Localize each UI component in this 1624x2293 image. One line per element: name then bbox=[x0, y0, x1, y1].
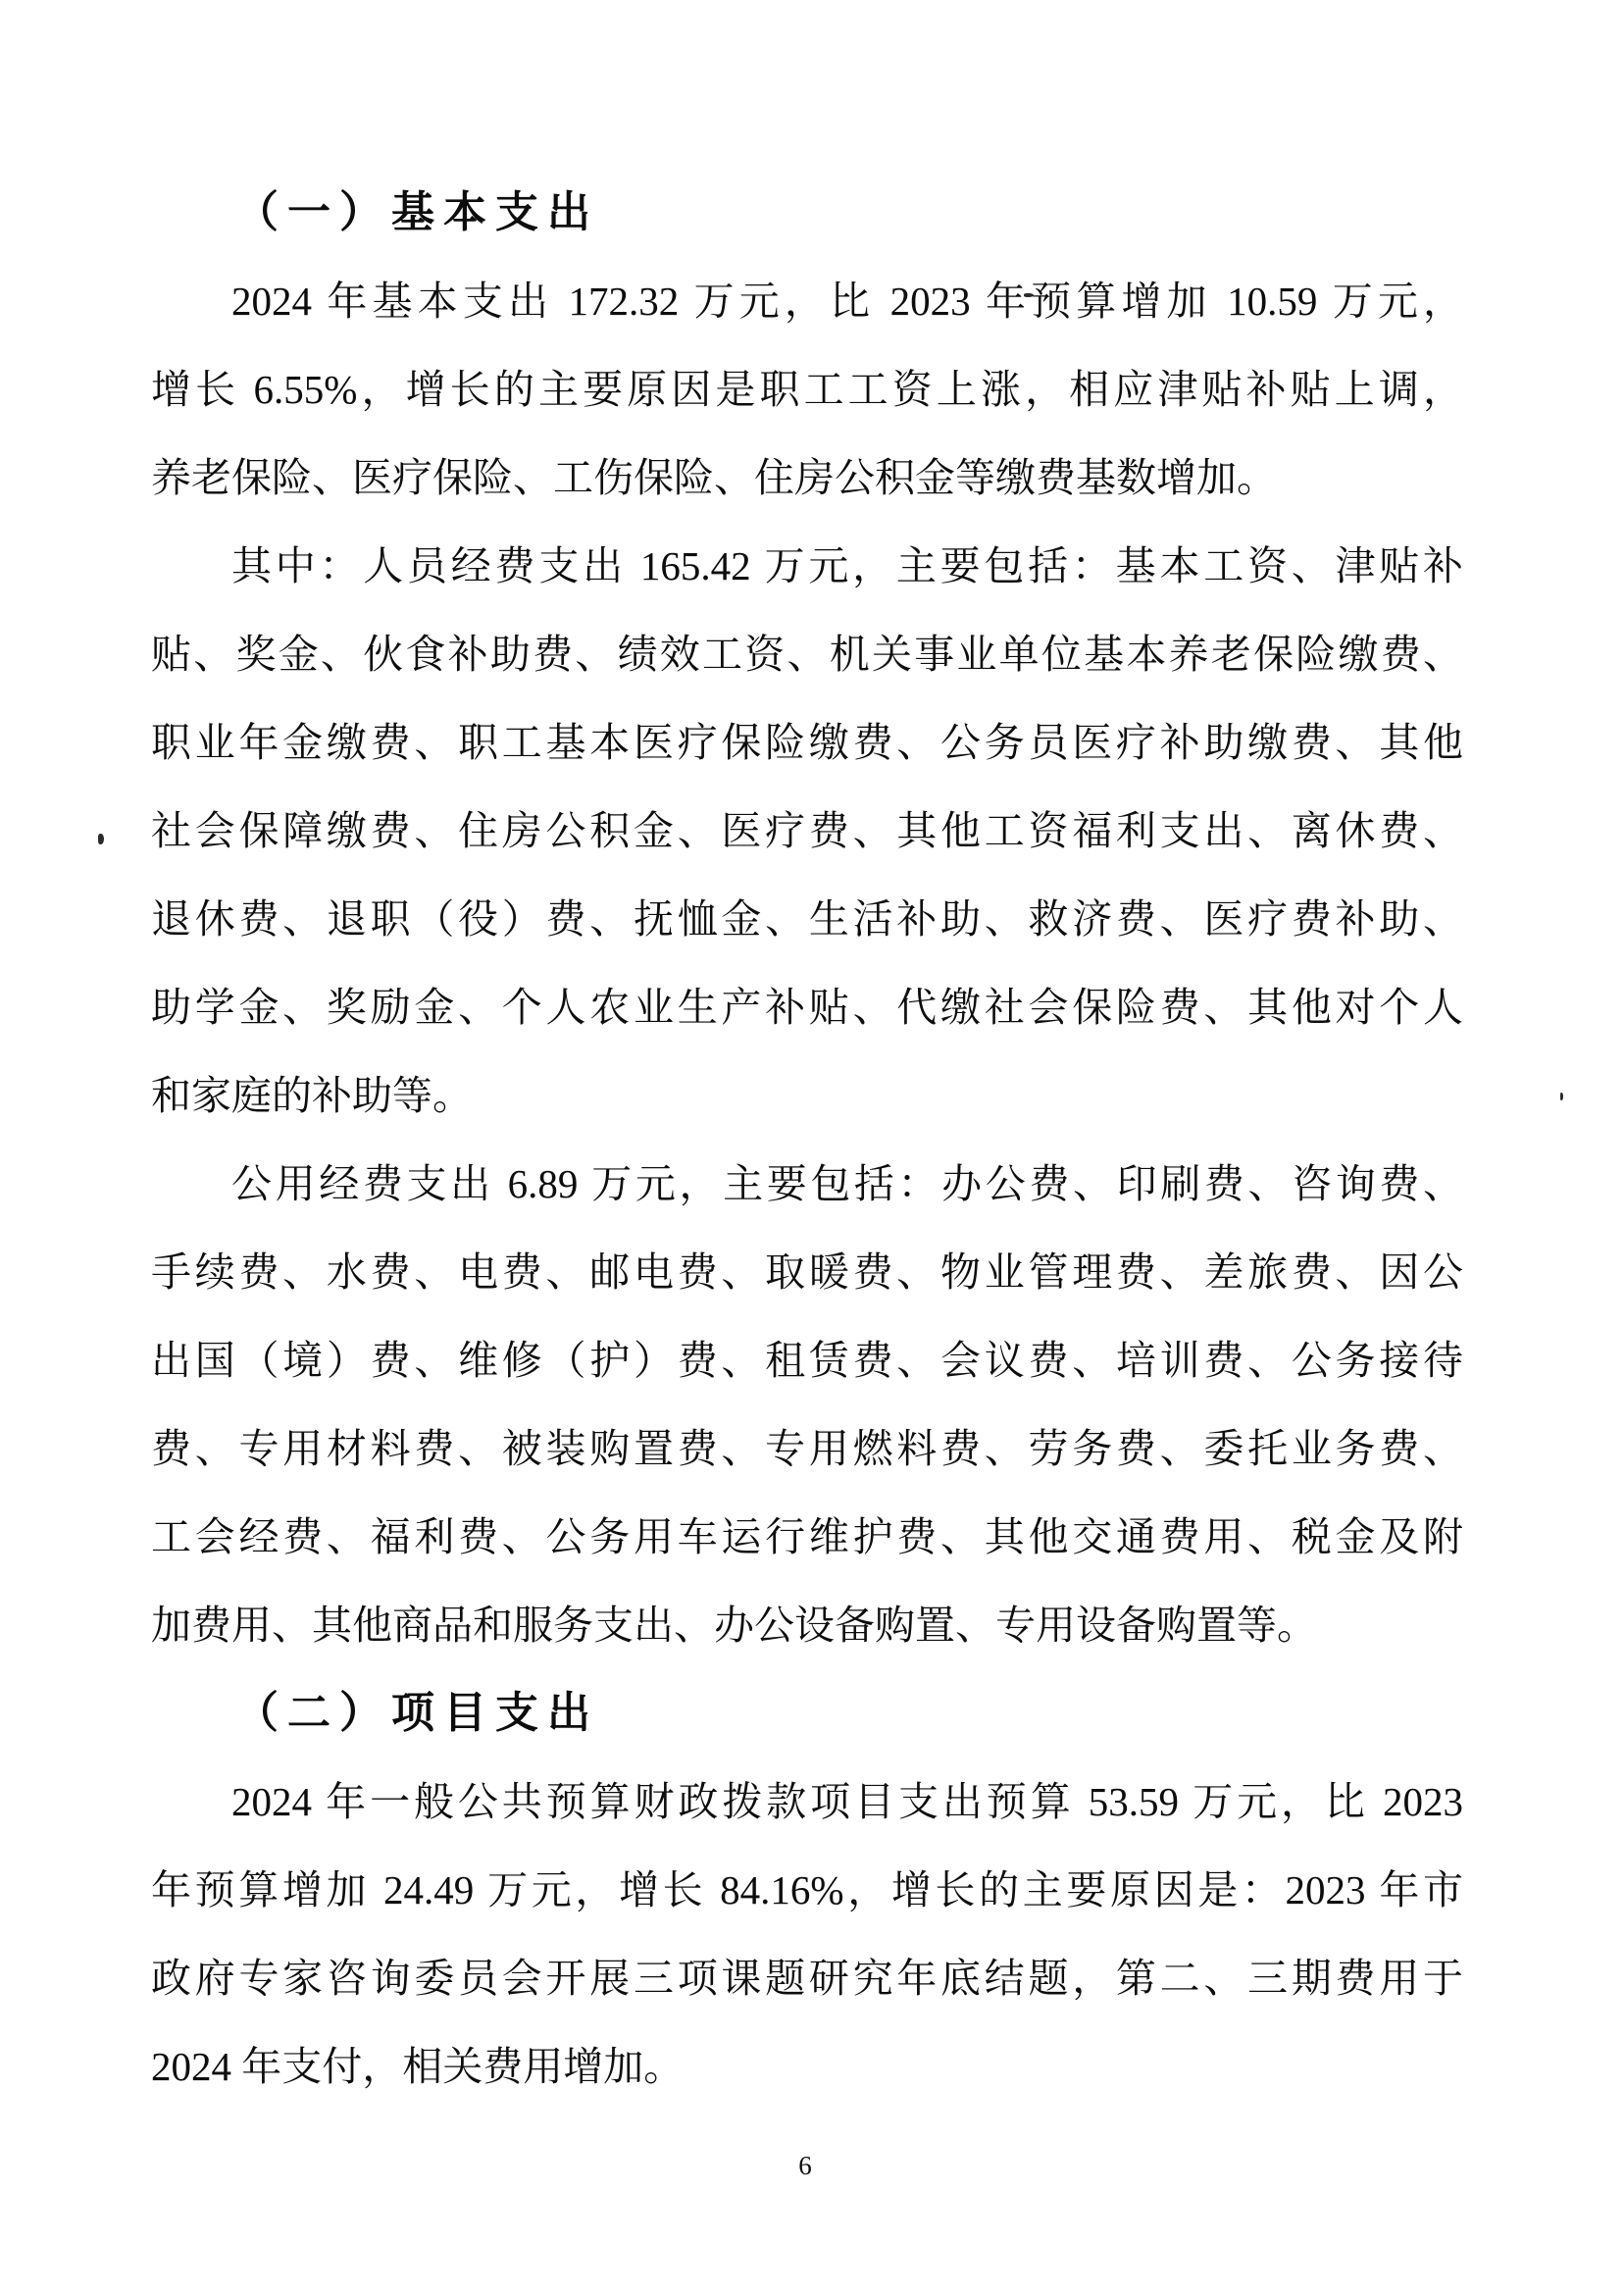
page-number: 6 bbox=[0, 2150, 1610, 2181]
text-line: 职业年金缴费、职工基本医疗保险缴费、公务员医疗补助缴费、其他 bbox=[151, 698, 1463, 787]
text-line: 政府专家咨询委员会开展三项课题研究年底结题，第二、三期费用于 bbox=[151, 1934, 1463, 2022]
text-line: 贴、奖金、伙食补助费、绩效工资、机关事业单位基本养老保险缴费、 bbox=[151, 610, 1463, 698]
text-line: 其中：人员经费支出 165.42 万元，主要包括：基本工资、津贴补 bbox=[151, 522, 1463, 610]
scan-speck bbox=[98, 834, 104, 844]
scan-speck bbox=[1560, 1093, 1563, 1100]
text-line: 增长 6.55%，增长的主要原因是职工工资上涨，相应津贴补贴上调， bbox=[151, 345, 1463, 433]
text-line: 养老保险、医疗保险、工伤保险、住房公积金等缴费基数增加。 bbox=[151, 433, 1463, 522]
text-line: 费、专用材料费、被装购置费、专用燃料费、劳务费、委托业务费、 bbox=[151, 1404, 1463, 1493]
document-page: （一）基本支出2024 年基本支出 172.32 万元，比 2023 年预算增加… bbox=[0, 0, 1624, 2293]
section-heading: （一）基本支出 bbox=[151, 169, 1463, 257]
text-line: 2024 年一般公共预算财政拨款项目支出预算 53.59 万元，比 2023 bbox=[151, 1758, 1463, 1846]
text-line: 社会保障缴费、住房公积金、医疗费、其他工资福利支出、离休费、 bbox=[151, 787, 1463, 875]
text-line: 公用经费支出 6.89 万元，主要包括：办公费、印刷费、咨询费、 bbox=[151, 1140, 1463, 1228]
text-line: 和家庭的补助等。 bbox=[151, 1051, 1463, 1140]
text-line: 手续费、水费、电费、邮电费、取暖费、物业管理费、差旅费、因公 bbox=[151, 1228, 1463, 1316]
text-line: 2024 年基本支出 172.32 万元，比 2023 年预算增加 10.59 … bbox=[151, 257, 1463, 345]
text-line: 助学金、奖励金、个人农业生产补贴、代缴社会保险费、其他对个人 bbox=[151, 963, 1463, 1051]
document-body: （一）基本支出2024 年基本支出 172.32 万元，比 2023 年预算增加… bbox=[151, 169, 1463, 2111]
text-line: 加费用、其他商品和服务支出、办公设备购置、专用设备购置等。 bbox=[151, 1581, 1463, 1669]
text-line: 2024 年支付，相关费用增加。 bbox=[151, 2022, 1463, 2111]
section-heading: （二）项目支出 bbox=[151, 1669, 1463, 1758]
text-line: 退休费、退职（役）费、抚恤金、生活补助、救济费、医疗费补助、 bbox=[151, 875, 1463, 963]
text-line: 出国（境）费、维修（护）费、租赁费、会议费、培训费、公务接待 bbox=[151, 1316, 1463, 1404]
scan-speck bbox=[1024, 293, 1034, 297]
text-line: 工会经费、福利费、公务用车运行维护费、其他交通费用、税金及附 bbox=[151, 1493, 1463, 1581]
text-line: 年预算增加 24.49 万元，增长 84.16%，增长的主要原因是：2023 年… bbox=[151, 1846, 1463, 1934]
